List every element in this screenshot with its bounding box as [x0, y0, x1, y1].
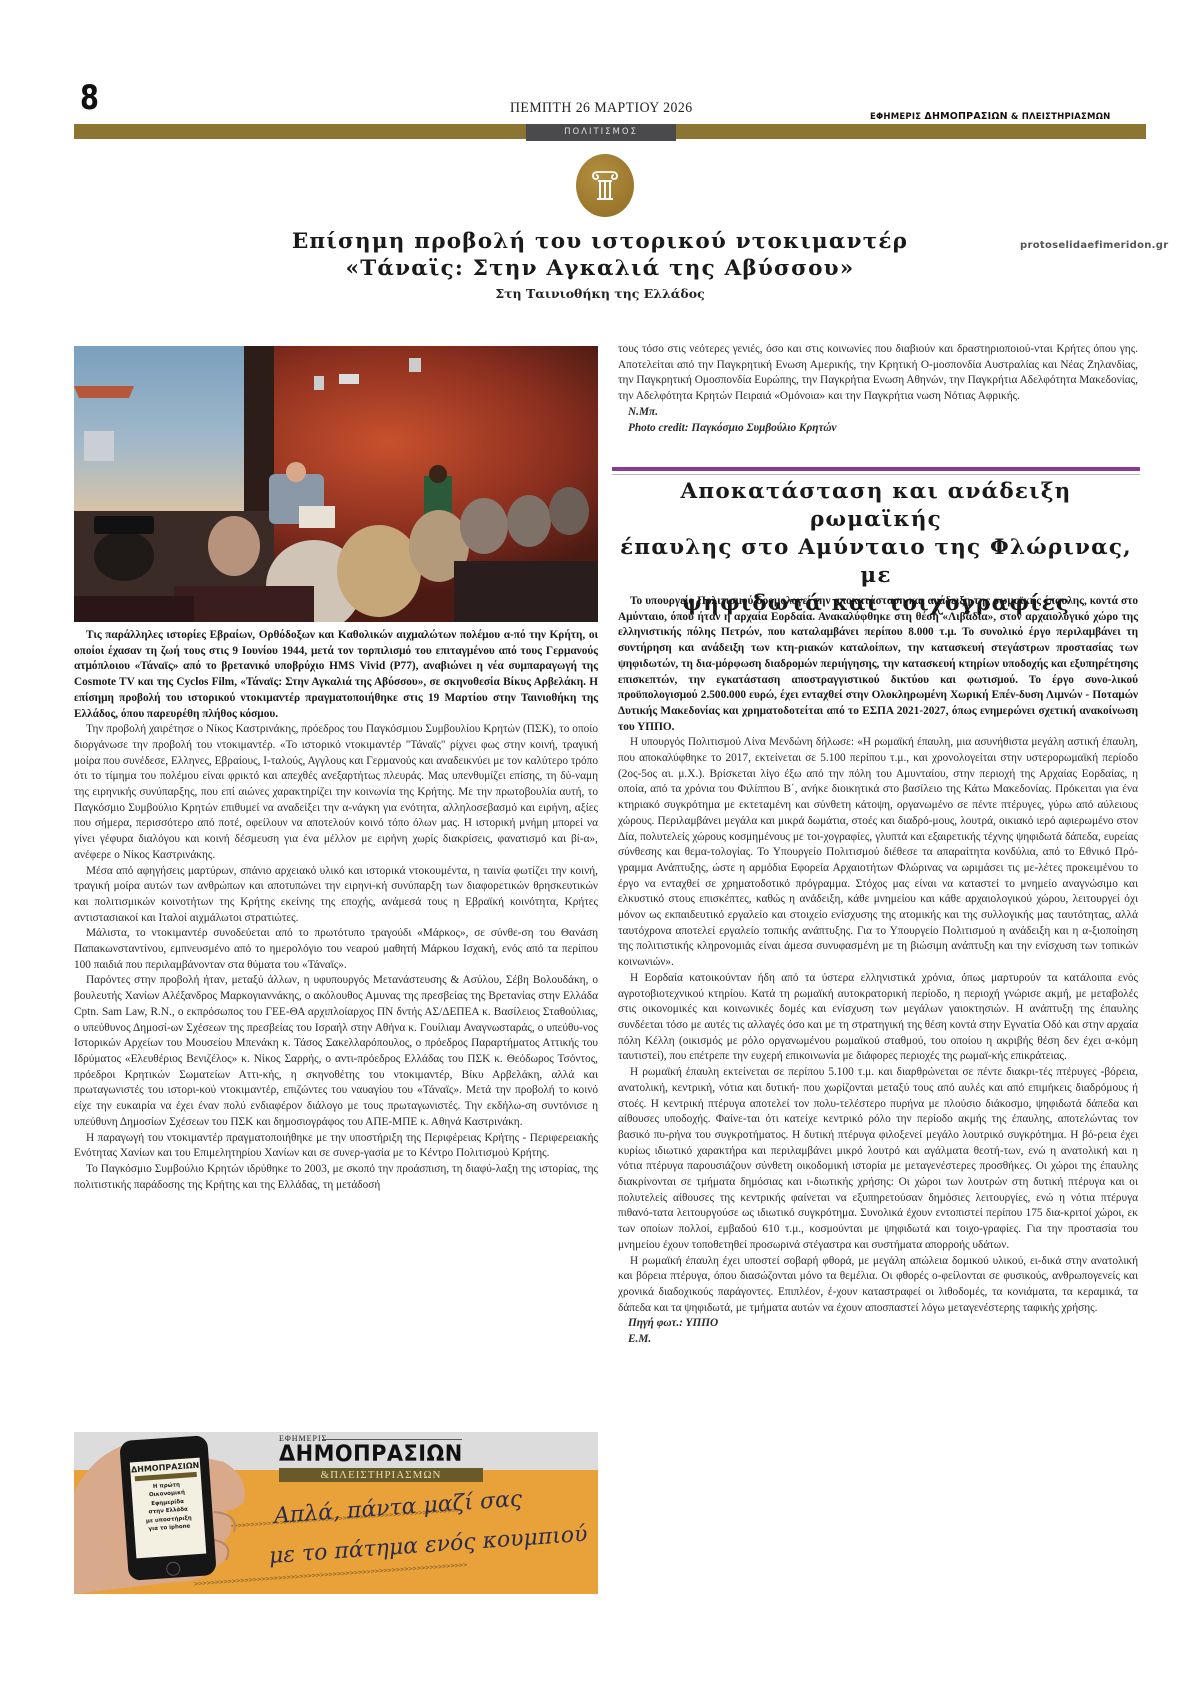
article2-paragraph: Η ρωμαϊκή έπαυλη εκτείνεται σε περίπου 5…	[618, 1065, 1138, 1253]
article1-paragraph: Μέσα από αφηγήσεις μαρτύρων, σπάνιο αρχε…	[74, 864, 598, 927]
article-divider	[612, 467, 1140, 471]
masthead-prefix: ΕΦΗΜΕΡΙΣ	[870, 112, 921, 122]
masthead-logo: ΕΦΗΜΕΡΙΣ ΔΗΜΟΠΡΑΣΙΩΝ & ΠΛΕΙΣΤΗΡΙΑΣΜΩΝ	[870, 111, 1110, 122]
page-number: 8	[80, 78, 99, 118]
event-photo-illustration	[74, 346, 598, 622]
article2-lead: Το υπουργείο Πολιτισμού δρομολογεί την α…	[618, 594, 1138, 735]
ad-brand-suffix: &ΠΛΕΙΣΤΗΡΙΑΣΜΩΝ	[279, 1468, 483, 1482]
article1-paragraph: Η παραγωγή του ντοκιμαντέρ πραγματοποιήθ…	[74, 1131, 598, 1162]
article1-paragraph: Μάλιστα, το ντοκιμαντέρ συνοδεύεται από …	[74, 926, 598, 973]
article1-author: Ν.Μπ.	[618, 405, 1138, 421]
article2-paragraph: Η Εορδαία κατοικούνταν ήδη από τα ύστερα…	[618, 971, 1138, 1065]
section-label: ΠΟΛΙΤΙΣΜΟΣ	[526, 124, 676, 141]
article1-continuation-text: τους τόσο στις νεότερες γενιές, όσο και …	[618, 342, 1138, 405]
article1-subtitle: Στη Ταινιοθήκη της Ελλάδος	[280, 286, 920, 301]
issue-date: ΠΕΜΠΤΗ 26 ΜΑΡΤΙΟΥ 2026	[510, 100, 693, 117]
phone-home-button	[166, 1561, 181, 1576]
masthead-suffix: & ΠΛΕΙΣΤΗΡΙΑΣΜΩΝ	[1011, 112, 1111, 122]
ad-brand-rule	[322, 1439, 462, 1440]
source-watermark: protoselidaefimeridon.gr	[1020, 240, 1168, 251]
article1-paragraph: Το Παγκόσμιο Συμβούλιο Κρητών ιδρύθηκε τ…	[74, 1162, 598, 1193]
newspaper-ad-banner[interactable]: ΕΦΗΜΕΡΙΣ ΔΗΜΟΠΡΑΣΙΩΝ &ΠΛΕΙΣΤΗΡΙΑΣΜΩΝ >>>…	[74, 1432, 598, 1594]
article1-paragraph: Παρόντες στην προβολή ήταν, μεταξύ άλλων…	[74, 973, 598, 1130]
article2-author: Ε.Μ.	[618, 1332, 1138, 1348]
column-glyph	[590, 170, 620, 202]
article2-title-line1: Αποκατάσταση και ανάδειξη ρωμαϊκής	[612, 478, 1140, 534]
masthead-name: ΔΗΜΟΠΡΑΣΙΩΝ	[924, 111, 1007, 122]
article2-title-line2: έπαυλης στο Αμύνταιο της Φλώρινας, με	[612, 534, 1140, 590]
article1-headline: Επίσημη προβολή του ιστορικού ντοκιμαντέ…	[280, 228, 920, 282]
article2-photo-source: Πηγή φωτ.: ΥΠΠΟ	[618, 1316, 1138, 1332]
article2-paragraph: Η ρωμαϊκή έπαυλη έχει υποστεί σοβαρή φθο…	[618, 1254, 1138, 1317]
article2-paragraph: Η υπουργός Πολιτισμού Λίνα Μενδώνη δήλωσ…	[618, 735, 1138, 971]
article1-continuation: τους τόσο στις νεότερες γενιές, όσο και …	[618, 342, 1138, 436]
article1-title-line2: «Τάναϊς: Στην Αγκαλιά της Αβύσσου»	[280, 255, 920, 282]
phone-device: ΔΗΜΟΠΡΑΣΙΩΝ Η πρώτη Οικονομική Εφημερίδα…	[119, 1435, 217, 1581]
article1-title-line1: Επίσημη προβολή του ιστορικού ντοκιμαντέ…	[280, 228, 920, 255]
article2-body: Το υπουργείο Πολιτισμού δρομολογεί την α…	[618, 594, 1138, 1348]
ad-brand-name: ΔΗΜΟΠΡΑΣΙΩΝ	[279, 1442, 463, 1467]
article1-paragraph: Την προβολή χαιρέτησε ο Νίκος Καστρινάκη…	[74, 722, 598, 863]
article-divider-thin	[612, 474, 1140, 475]
article1-photo-credit: Photo credit: Παγκόσμιο Συμβούλιο Κρητών	[618, 421, 1138, 437]
hand-holding-phone: ΔΗΜΟΠΡΑΣΙΩΝ Η πρώτη Οικονομική Εφημερίδα…	[74, 1432, 254, 1594]
phone-screen: ΔΗΜΟΠΡΑΣΙΩΝ Η πρώτη Οικονομική Εφημερίδα…	[130, 1458, 207, 1559]
article1-body: Τις παράλληλες ιστορίες Εβραίων, Ορθόδοξ…	[74, 628, 598, 1193]
ionic-column-icon	[576, 154, 634, 217]
article1-lead: Τις παράλληλες ιστορίες Εβραίων, Ορθόδοξ…	[74, 628, 598, 722]
event-photo	[74, 346, 598, 622]
